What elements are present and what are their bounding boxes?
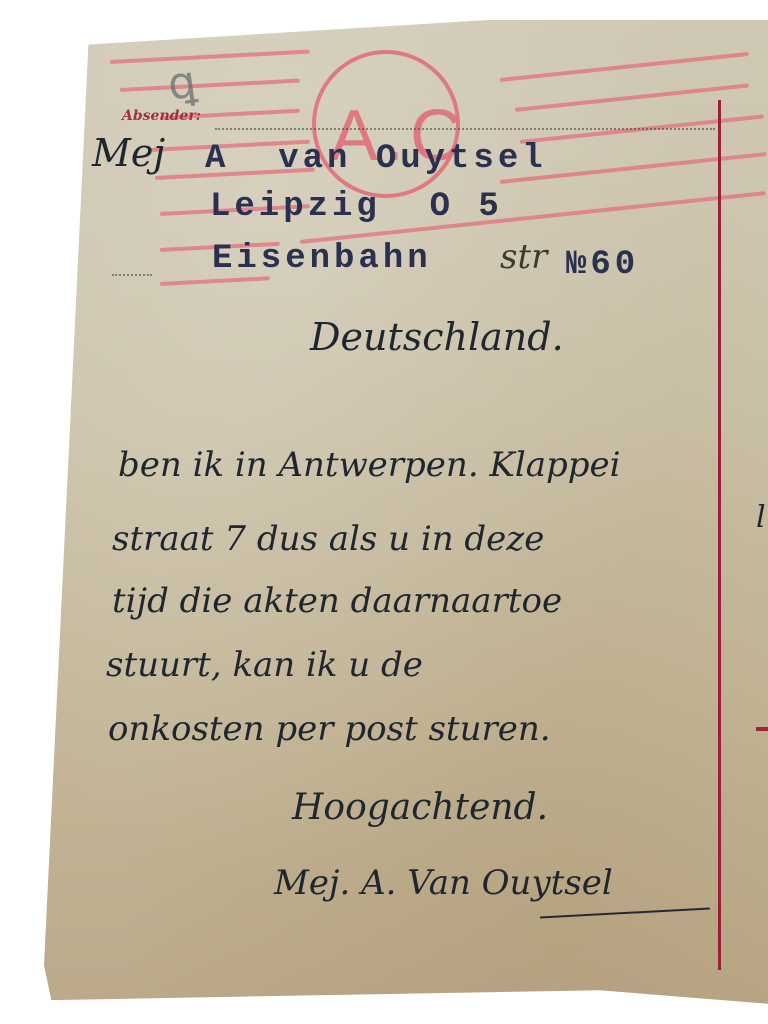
sender-street: Eisenbahn [212, 242, 432, 276]
sender-house-number: №60 [566, 248, 639, 282]
closing: Hoogachtend. [292, 790, 548, 826]
sender-street-suffix: str [500, 240, 547, 274]
sender-city: Leipzig O 5 [210, 190, 503, 224]
address-dotted-line [215, 128, 715, 130]
address-side-red-mark [756, 727, 768, 731]
signature: Mej. A. Van Ouytsel [274, 866, 613, 900]
sender-label: Absender: [122, 108, 201, 124]
sender-country: Deutschland. [310, 318, 564, 356]
address-dotted-line [112, 274, 152, 276]
message-line: onkosten per post sturen. [108, 712, 551, 746]
message-line: ben ik in Antwerpen. Klappei [118, 448, 621, 482]
address-side-fragment: l [756, 500, 766, 535]
sender-name: A van Ouytsel [205, 142, 547, 176]
address-divider-line [718, 100, 721, 970]
message-line: stuurt, kan ik u de [106, 648, 423, 682]
sender-prefix: Mej [92, 134, 165, 172]
message-line: tijd die akten daarnaartoe [112, 584, 562, 618]
message-line: straat 7 dus als u in deze [112, 522, 544, 556]
